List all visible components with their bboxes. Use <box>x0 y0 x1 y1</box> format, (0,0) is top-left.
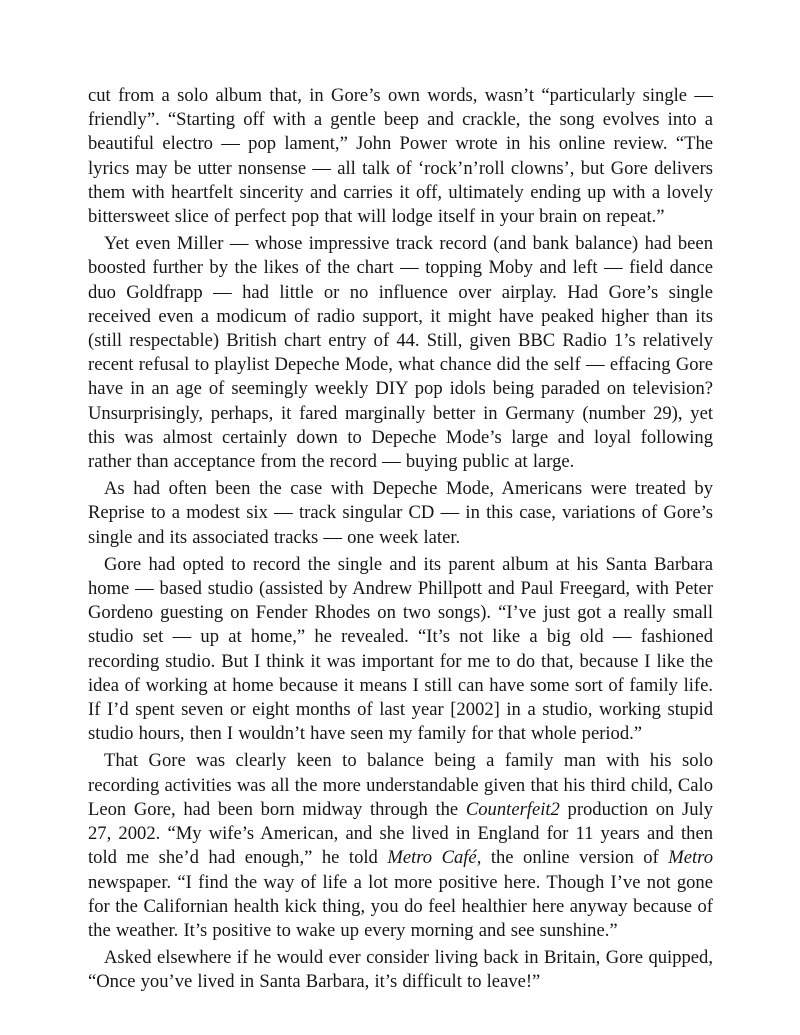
text-segment: newspaper. “I find the way of life a lot… <box>88 872 713 941</box>
text-segment: , the online version of <box>477 847 669 868</box>
paragraph: As had often been the case with Depeche … <box>88 477 713 550</box>
italic-text-segment: Metro <box>668 847 713 868</box>
text-segment: Asked elsewhere if he would ever conside… <box>88 947 713 992</box>
italic-text-segment: Metro Café <box>387 847 476 868</box>
italic-text-segment: Counterfeit2 <box>466 799 560 820</box>
text-segment: cut from a solo album that, in Gore’s ow… <box>88 85 713 227</box>
text-segment: Gore had opted to record the single and … <box>88 554 713 744</box>
text-segment: Yet even Miller — whose impressive track… <box>88 233 713 472</box>
page-text: cut from a solo album that, in Gore’s ow… <box>88 84 713 998</box>
book-page: cut from a solo album that, in Gore’s ow… <box>0 0 800 1035</box>
text-segment: As had often been the case with Depeche … <box>88 478 713 547</box>
paragraph: Asked elsewhere if he would ever conside… <box>88 946 713 994</box>
paragraph: Gore had opted to record the single and … <box>88 553 713 747</box>
paragraph: That Gore was clearly keen to balance be… <box>88 749 713 943</box>
paragraph: Yet even Miller — whose impressive track… <box>88 232 713 474</box>
paragraph: cut from a solo album that, in Gore’s ow… <box>88 84 713 229</box>
